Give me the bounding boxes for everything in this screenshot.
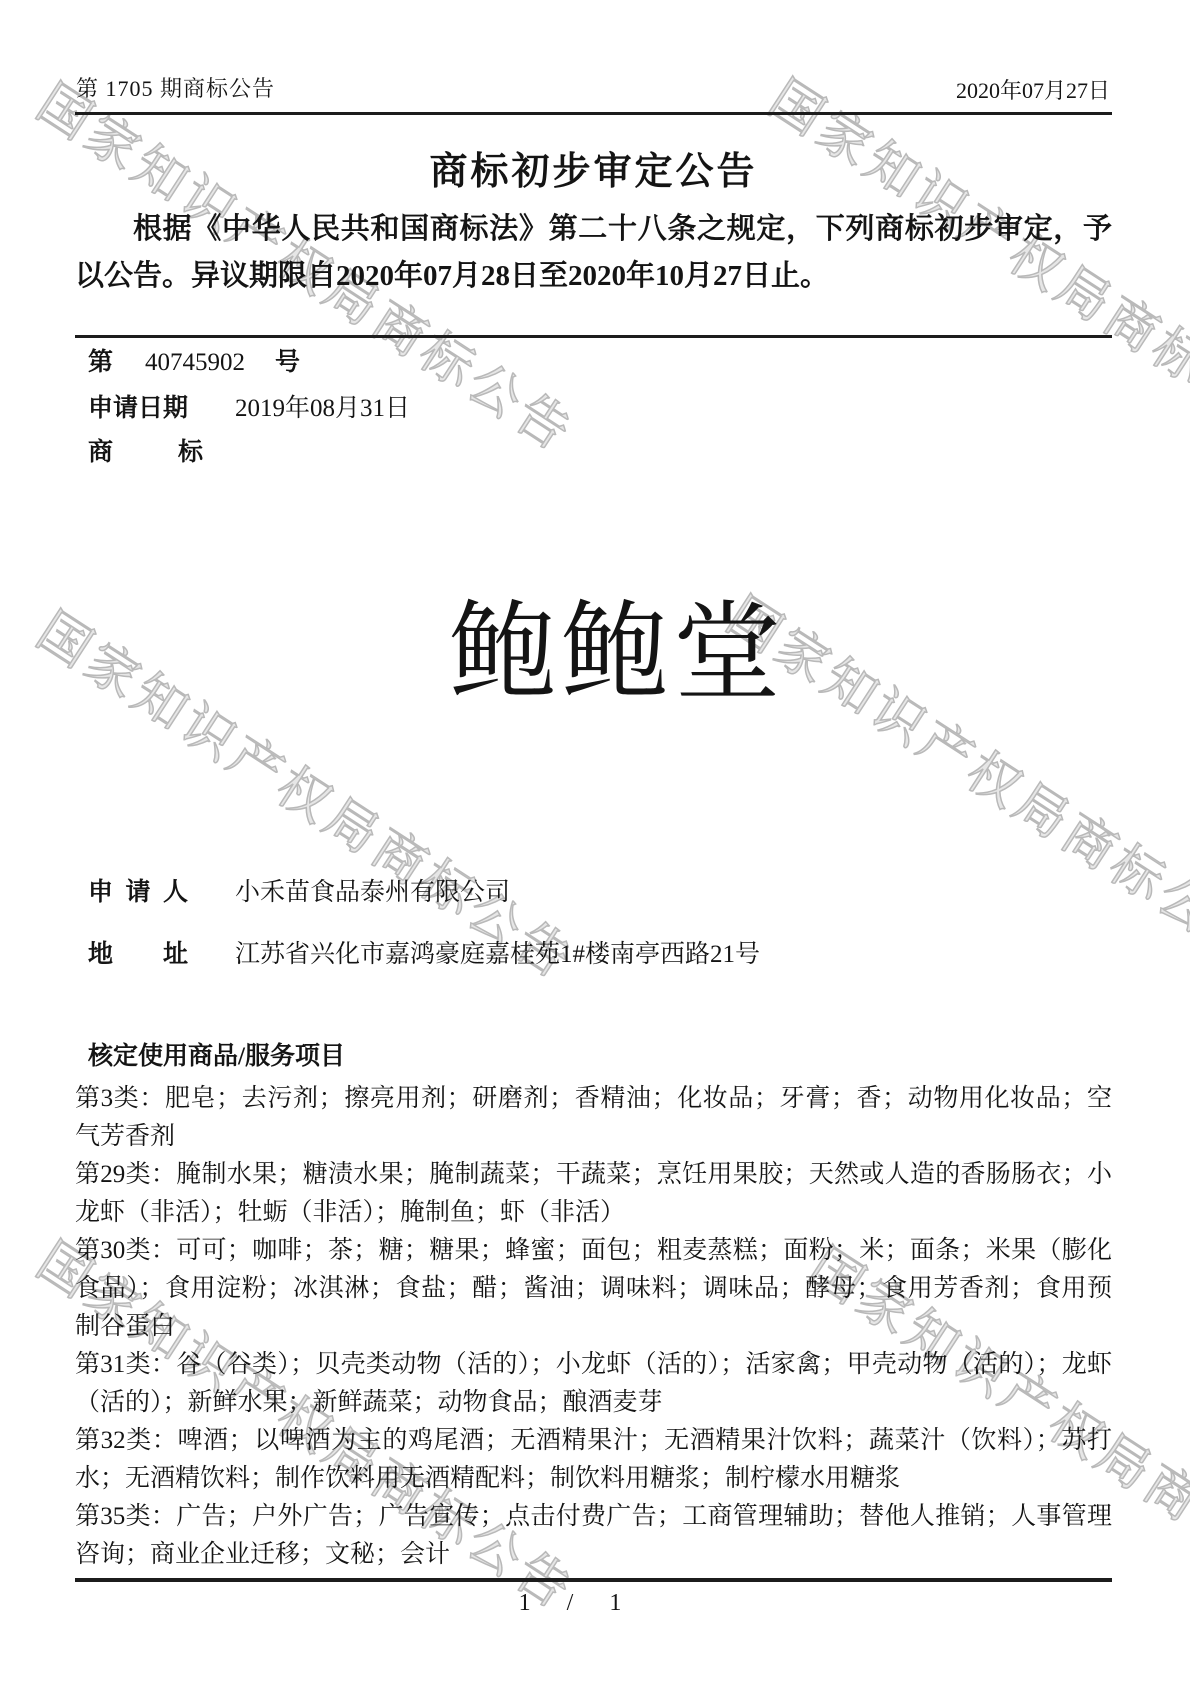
intro-paragraph: 根据《中华人民共和国商标法》第二十八条之规定，下列商标初步审定，予以公告。异议期…: [75, 206, 1112, 300]
goods-class-3: 第3类：肥皂；去污剂；擦亮用剂；研磨剂；香精油；化妆品；牙膏；香；动物用化妆品；…: [75, 1080, 1112, 1156]
goods-class-31: 第31类：谷（谷类）；贝壳类动物（活的）；小龙虾（活的）；活家禽；甲壳动物（活的…: [75, 1346, 1112, 1422]
application-date-value: 2019年08月31日: [235, 388, 410, 424]
address-label: 地址: [88, 934, 188, 970]
trademark-image-text: 鲍鲍堂: [449, 566, 785, 721]
section-rule: [75, 335, 1112, 338]
regno-prefix-label: 第: [88, 342, 113, 378]
goods-class-29: 第29类：腌制水果；糖渍水果；腌制蔬菜；干蔬菜；烹饪用果胶；天然或人造的香肠肠衣…: [75, 1156, 1112, 1232]
footer-rule: [75, 1578, 1112, 1582]
applicant-label: 申请人: [88, 872, 188, 908]
application-date-row: 申请日期2019年08月31日: [88, 388, 410, 424]
goods-services-heading: 核定使用商品/服务项目: [88, 1036, 345, 1072]
registration-number-row: 第40745902号: [88, 342, 300, 378]
page-number-separator: /: [567, 1590, 574, 1616]
issue-number-header: 第 1705 期商标公告: [76, 72, 275, 103]
goods-class-32: 第32类：啤酒；以啤酒为主的鸡尾酒；无酒精果汁；无酒精果汁饮料；蔬菜汁（饮料）；…: [75, 1422, 1112, 1498]
page-number-footer: 1/1: [75, 1590, 1065, 1617]
applicant-row: 申请人小禾苗食品泰州有限公司: [88, 872, 510, 908]
publication-date-header: 2020年07月27日: [956, 74, 1110, 105]
page-content: 第 1705 期商标公告 2020年07月27日 商标初步审定公告 根据《中华人…: [0, 0, 1190, 1684]
trademark-label: 商标: [88, 432, 203, 468]
applicant-name: 小禾苗食品泰州有限公司: [235, 872, 510, 908]
trademark-label-row: 商标: [88, 432, 203, 468]
goods-class-30: 第30类：可可；咖啡；茶；糖；糖果；蜂蜜；面包；粗麦蒸糕；面粉；米；面条；米果（…: [75, 1232, 1112, 1346]
address-row: 地址江苏省兴化市嘉鸿豪庭嘉桂苑1#楼南亭西路21号: [88, 934, 760, 970]
gazette-page: 国家知识产权局商标公告 国家知识产权局商标公告 国家知识产权局商标公告 国家知识…: [0, 0, 1190, 1684]
goods-services-list: 第3类：肥皂；去污剂；擦亮用剂；研磨剂；香精油；化妆品；牙膏；香；动物用化妆品；…: [75, 1080, 1112, 1574]
header-rule: [75, 112, 1112, 115]
current-page-number: 1: [519, 1590, 531, 1616]
goods-class-35: 第35类：广告；户外广告；广告宣传；点击付费广告；工商管理辅助；替他人推销；人事…: [75, 1498, 1112, 1574]
application-date-label: 申请日期: [88, 388, 188, 424]
registration-number: 40745902: [145, 349, 245, 377]
regno-suffix-label: 号: [275, 342, 300, 378]
page-title: 商标初步审定公告: [75, 140, 1112, 195]
address-value: 江苏省兴化市嘉鸿豪庭嘉桂苑1#楼南亭西路21号: [235, 934, 760, 970]
total-page-number: 1: [609, 1590, 621, 1616]
